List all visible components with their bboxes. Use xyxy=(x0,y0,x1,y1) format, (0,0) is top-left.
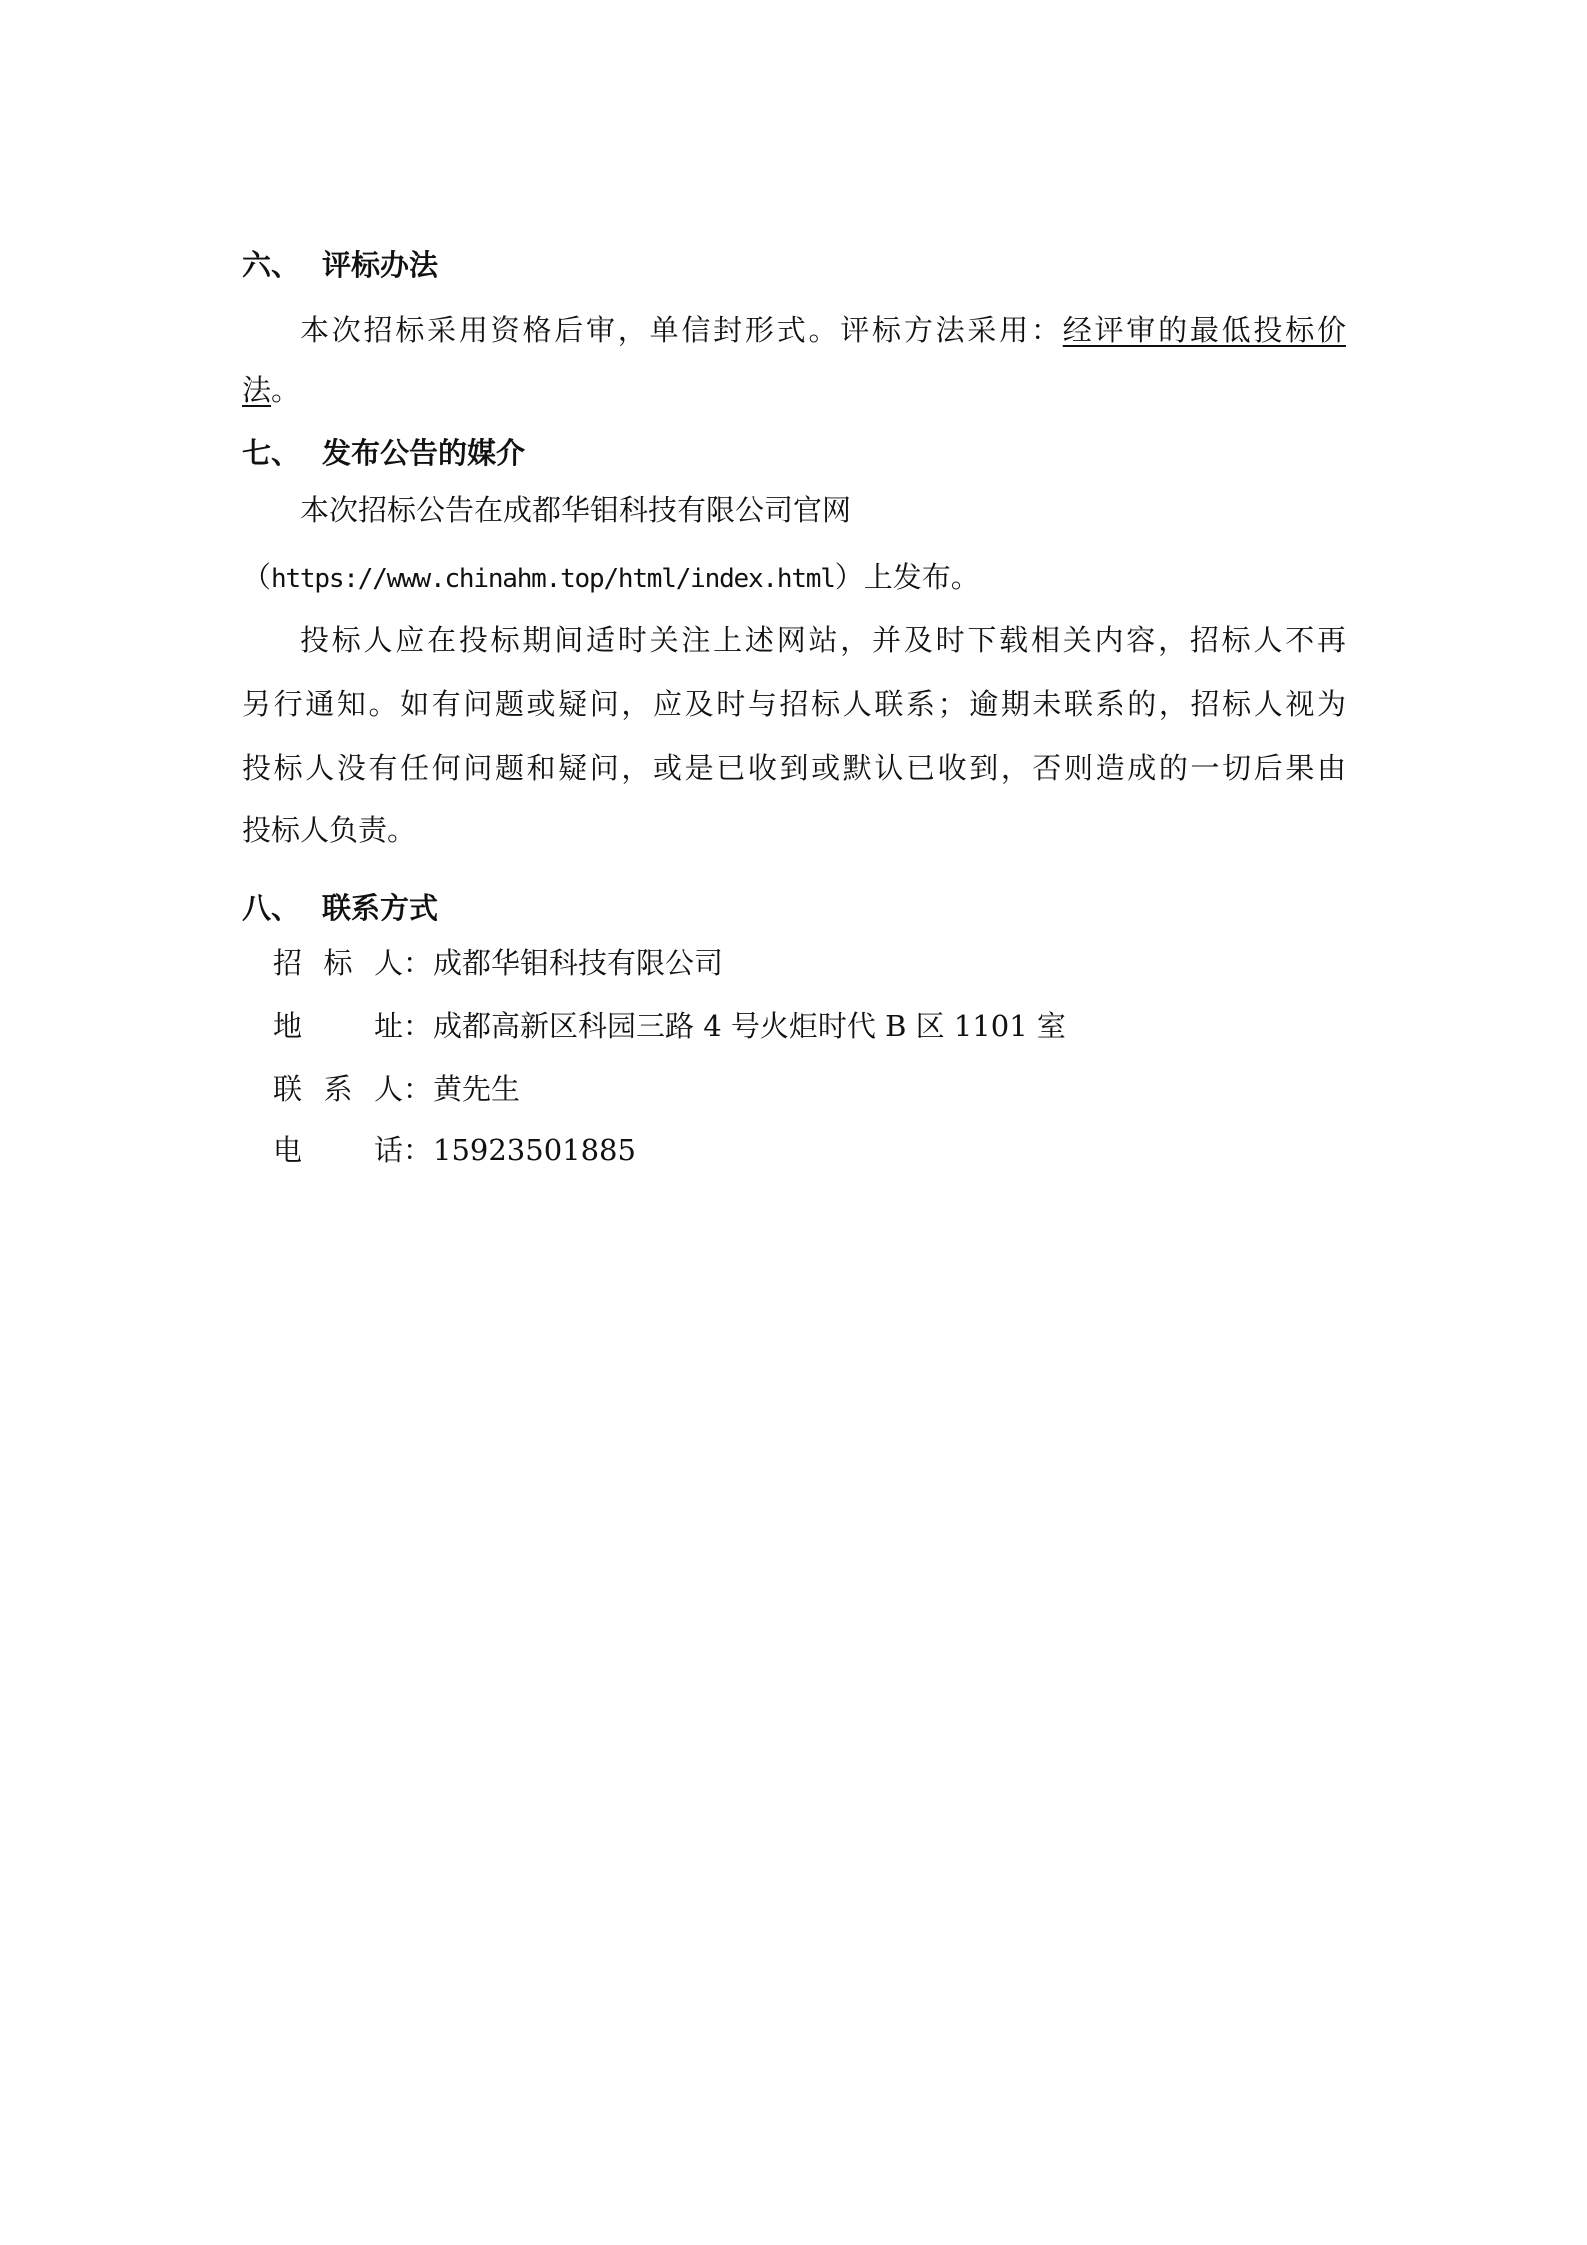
contact-value-address: 成都高新区科园三路 4 号火炬时代 B 区 1101 室 xyxy=(433,1009,1066,1043)
notice-text: 投标人没有任何问题和疑问，或是已收到或默认已收到，否则造成的一切后果由 xyxy=(242,751,1346,785)
notice-text: 另行通知。如有问题或疑问，应及时与招标人联系；逾期未联系的，招标人视为 xyxy=(242,687,1346,721)
contact-label: 电 话 xyxy=(273,1130,403,1170)
section-number: 六、 xyxy=(242,245,322,285)
section-heading-evaluation: 六、评标办法 xyxy=(242,245,1346,285)
paragraph-line: 投标人负责。 xyxy=(242,810,1346,850)
contact-value-bidder: 成都华钼科技有限公司 xyxy=(433,946,723,980)
paragraph-line: 本次招标公告在成都华钼科技有限公司官网 xyxy=(300,490,1346,530)
paragraph-line: （https://www.chinahm.top/html/index.html… xyxy=(242,557,1346,597)
notice-text: 投标人应在投标期间适时关注上述网站，并及时下载相关内容，招标人不再 xyxy=(300,623,1346,657)
contact-row-bidder: 招 标 人 ：成都华钼科技有限公司 xyxy=(273,943,723,983)
colon: ： xyxy=(403,1130,433,1170)
section-title: 发布公告的媒介 xyxy=(322,436,525,470)
colon: ： xyxy=(403,1006,433,1046)
publish-text: 上发布。 xyxy=(864,560,980,594)
close-paren: ） xyxy=(835,560,864,594)
paragraph-line: 法。 xyxy=(242,370,1346,410)
contact-label: 地 址 xyxy=(273,1006,403,1046)
evaluation-method-underlined-cont: 法 xyxy=(242,373,271,407)
evaluation-method-underlined: 经评审的最低投标价 xyxy=(1063,313,1346,347)
paragraph-line: 本次招标采用资格后审，单信封形式。评标方法采用：经评审的最低投标价 xyxy=(300,310,1346,350)
contact-row-person: 联 系 人 ：黄先生 xyxy=(273,1069,520,1109)
section-title: 联系方式 xyxy=(322,891,438,925)
section-title: 评标办法 xyxy=(322,248,438,282)
website-link[interactable]: https://www.chinahm.top/html/index.html xyxy=(271,564,835,594)
section-heading-media: 七、发布公告的媒介 xyxy=(242,433,1346,473)
contact-label: 联 系 人 xyxy=(273,1069,403,1109)
section-heading-contact: 八、联系方式 xyxy=(242,888,1346,928)
section-number: 八、 xyxy=(242,888,322,928)
document-page: 六、评标办法 本次招标采用资格后审，单信封形式。评标方法采用：经评审的最低投标价… xyxy=(0,0,1587,2245)
paragraph-line: 另行通知。如有问题或疑问，应及时与招标人联系；逾期未联系的，招标人视为 xyxy=(242,684,1346,724)
contact-row-phone: 电 话 ：15923501885 xyxy=(273,1130,636,1170)
colon: ： xyxy=(403,1069,433,1109)
paragraph-line: 投标人没有任何问题和疑问，或是已收到或默认已收到，否则造成的一切后果由 xyxy=(242,748,1346,788)
period: 。 xyxy=(271,373,300,407)
media-text: 本次招标公告在成都华钼科技有限公司官网 xyxy=(300,493,851,527)
contact-row-address: 地 址 ：成都高新区科园三路 4 号火炬时代 B 区 1101 室 xyxy=(273,1006,1066,1046)
open-paren: （ xyxy=(242,560,271,594)
colon: ： xyxy=(403,943,433,983)
contact-value-person: 黄先生 xyxy=(433,1072,520,1106)
section-number: 七、 xyxy=(242,433,322,473)
notice-text: 投标人负责。 xyxy=(242,813,416,847)
evaluation-text: 本次招标采用资格后审，单信封形式。评标方法采用： xyxy=(300,313,1063,347)
paragraph-line: 投标人应在投标期间适时关注上述网站，并及时下载相关内容，招标人不再 xyxy=(300,620,1346,660)
contact-label: 招 标 人 xyxy=(273,943,403,983)
contact-value-phone: 15923501885 xyxy=(433,1133,636,1167)
